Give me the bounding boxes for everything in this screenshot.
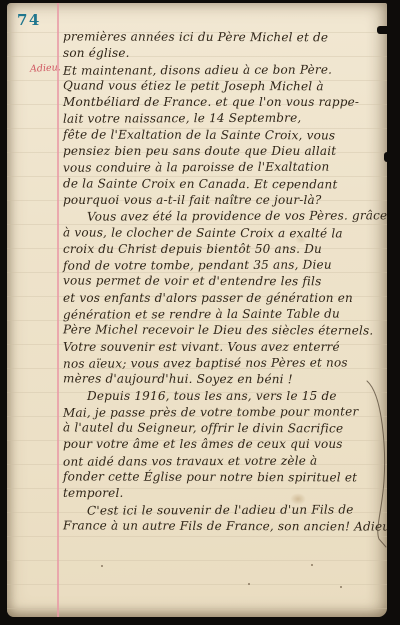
manuscript-line: Depuis 1916, tous les ans, vers le 15 de: [63, 388, 387, 404]
manuscript-line: France à un autre Fils de France, son an…: [63, 517, 387, 534]
margin-bracket-mark: [357, 379, 387, 551]
manuscript-line: ont aidé dans vos travaux et votre zèle …: [63, 452, 387, 470]
manuscript-line: génération et se rendre à la Sainte Tabl…: [63, 305, 387, 323]
manuscript-line: et vos enfants d'alors passer de générat…: [63, 290, 387, 306]
manuscript-line: C'est ici le souvenir de l'adieu d'un Fi…: [63, 501, 387, 519]
manuscript-line: temporel.: [63, 485, 387, 501]
manuscript-line: pour votre âme et les âmes de ceux qui v…: [63, 436, 387, 452]
scanned-photo: 74 Adieu. premières années ici du Père M…: [0, 0, 400, 625]
margin-rule-line: [57, 3, 59, 617]
manuscript-line: vous permet de voir et d'entendre les fi…: [63, 273, 387, 290]
manuscript-line: mères d'aujourd'hui. Soyez en béni !: [63, 371, 387, 388]
manuscript-line: fond de votre tombe, pendant 35 ans, Die…: [63, 256, 387, 274]
manuscript-line: Père Michel recevoir le Dieu des siècles…: [63, 322, 387, 339]
manuscript-line: Vous avez été la providence de vos Pères…: [63, 208, 387, 226]
manuscript-line: de la Sainte Croix en Canada. Et cependa…: [63, 175, 387, 192]
paper-speck: [340, 586, 342, 588]
manuscript-line: Votre souvenir est vivant. Vous avez ent…: [63, 339, 387, 355]
manuscript-line: pensiez bien peu sans doute que Dieu all…: [63, 143, 387, 159]
manuscript-line: Et maintenant, disons adieu à ce bon Pèr…: [63, 61, 387, 79]
manuscript-line: lait votre naissance, le 14 Septembre,: [63, 110, 387, 128]
manuscript-line: premières années ici du Père Michel et d…: [63, 28, 387, 45]
paper-speck: [101, 565, 103, 567]
manuscript-line: son église.: [63, 45, 387, 61]
manuscript-line: à vous, le clocher de Sainte Croix a exa…: [63, 224, 387, 241]
margin-annotation-adieu: Adieu.: [30, 62, 61, 75]
page-number: 74: [17, 11, 41, 29]
edge-notch: [377, 26, 395, 34]
manuscript-line: nos aïeux; vous avez baptisé nos Pères e…: [63, 354, 387, 372]
manuscript-line: fête de l'Exaltation de la Sainte Croix,…: [63, 126, 387, 143]
manuscript-line: croix du Christ depuis bientôt 50 ans. D…: [63, 241, 387, 257]
manuscript-line: pourquoi vous a-t-il fait naître ce jour…: [63, 192, 387, 208]
manuscript-line: Quand vous étiez le petit Joseph Michel …: [63, 77, 387, 94]
paper-speck: [311, 564, 313, 566]
manuscript-line: Mai, je passe près de votre tombe pour m…: [63, 403, 387, 421]
manuscript-page: 74 Adieu. premières années ici du Père M…: [7, 3, 387, 617]
manuscript-line: vous conduire à la paroisse de l'Exaltat…: [63, 159, 387, 177]
manuscript-line: fonder cette Église pour notre bien spir…: [63, 468, 387, 485]
manuscript-line: Montbéliard de France. et que l'on vous …: [63, 94, 387, 110]
edge-notch: [384, 152, 396, 162]
handwritten-text-block: premières années ici du Père Michel et d…: [63, 29, 387, 534]
paper-speck: [248, 583, 250, 585]
manuscript-line: à l'autel du Seigneur, offrir le divin S…: [63, 420, 387, 437]
